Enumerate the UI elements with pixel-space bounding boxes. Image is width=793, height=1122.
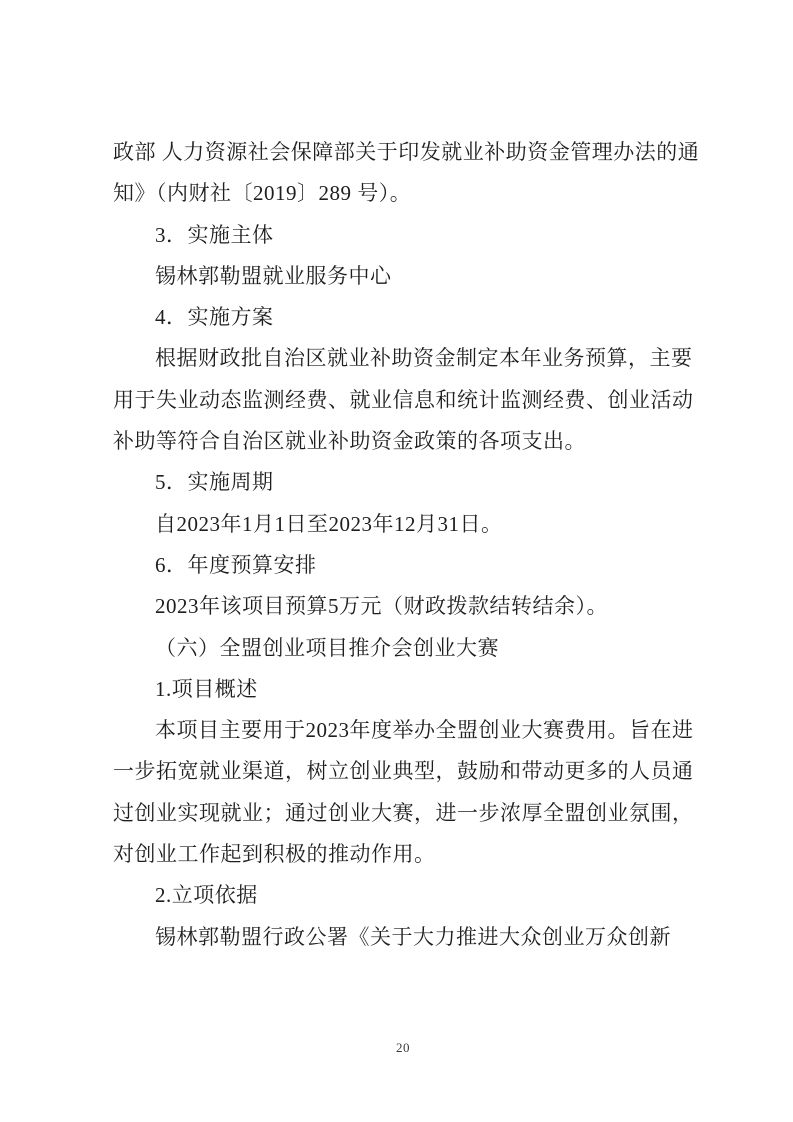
text-line: 4．实施方案 (113, 297, 693, 338)
text-line: 6．年度预算安排 (113, 545, 693, 586)
text-line: 5．实施周期 (113, 462, 693, 503)
text-line: 根据财政批自治区就业补助资金制定本年业务预算，主要 (113, 338, 693, 379)
text-line: 补助等符合自治区就业补助资金政策的各项支出。 (113, 421, 693, 462)
text-line: 锡林郭勒盟就业服务中心 (113, 256, 693, 297)
text-line: 知》（内财社〔2019〕289 号）。 (113, 173, 693, 214)
text-line: 政部 人力资源社会保障部关于印发就业补助资金管理办法的通 (113, 132, 693, 173)
text-line: 本项目主要用于2023年度举办全盟创业大赛费用。旨在进 (113, 710, 693, 751)
text-line: 2.立项依据 (113, 875, 693, 916)
text-line: 1.项目概述 (113, 669, 693, 710)
text-line: （六）全盟创业项目推介会创业大赛 (113, 628, 693, 669)
page-number: 20 (396, 1040, 410, 1055)
text-line: 2023年该项目预算5万元（财政拨款结转结余）。 (113, 586, 693, 627)
document-body: 政部 人力资源社会保障部关于印发就业补助资金管理办法的通知》（内财社〔2019〕… (113, 132, 693, 958)
document-page: 政部 人力资源社会保障部关于印发就业补助资金管理办法的通知》（内财社〔2019〕… (0, 0, 793, 1122)
text-line: 对创业工作起到积极的推动作用。 (113, 834, 693, 875)
text-line: 自2023年1月1日至2023年12月31日。 (113, 504, 693, 545)
text-line: 3．实施主体 (113, 215, 693, 256)
text-line: 过创业实现就业；通过创业大赛，进一步浓厚全盟创业氛围， (113, 793, 693, 834)
text-line: 锡林郭勒盟行政公署《关于大力推进大众创业万众创新 (113, 917, 693, 958)
page-footer: 20 (113, 1039, 693, 1057)
text-line: 一步拓宽就业渠道，树立创业典型，鼓励和带动更多的人员通 (113, 751, 693, 792)
text-line: 用于失业动态监测经费、就业信息和统计监测经费、创业活动 (113, 380, 693, 421)
